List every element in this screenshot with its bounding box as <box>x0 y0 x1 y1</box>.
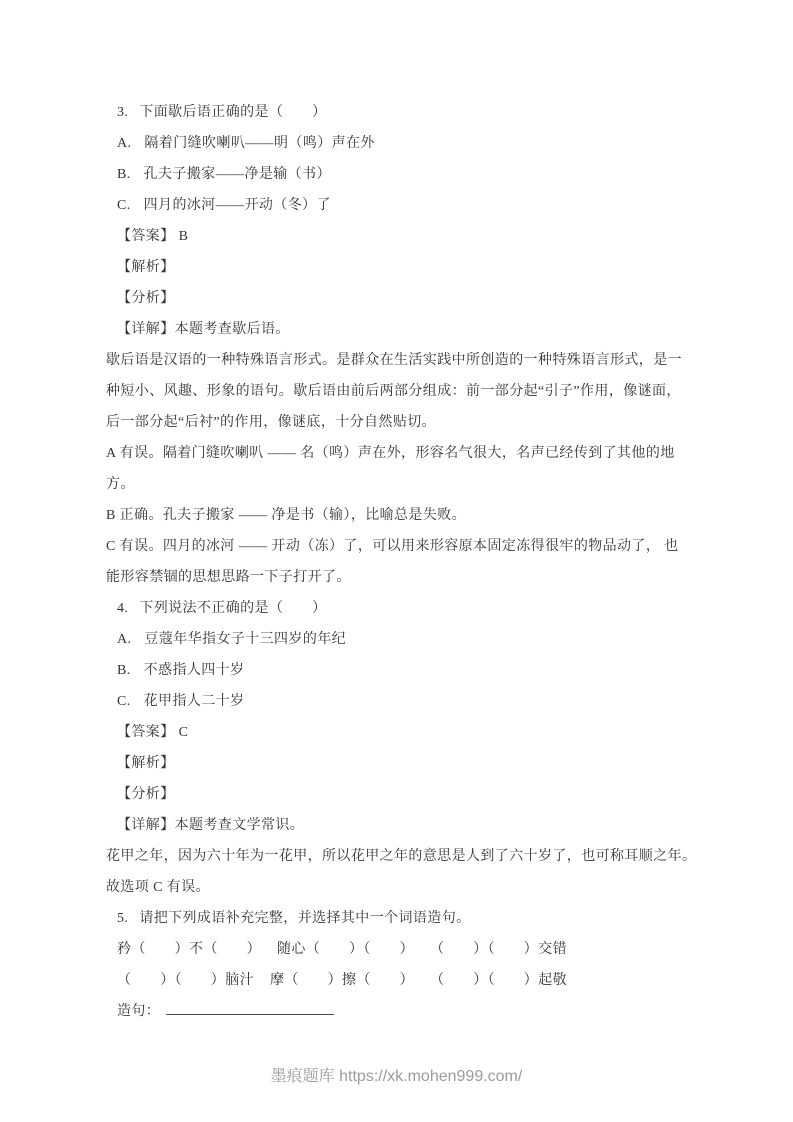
analysis-line: 花甲之年，因为六十年为一花甲，所以花甲之年的意思是人到了六十岁了，也可称耳顺之年… <box>106 841 696 872</box>
question-5: 5.请把下列成语补充完整，并选择其中一个词语造句。 矜（ ）不（ ） 随心（ ）… <box>106 903 696 1027</box>
idiom-blank-group: （ ）（ ）起敬 <box>430 965 567 996</box>
question-3-stem: 3.下面歇后语正确的是（ ） <box>106 97 696 128</box>
idiom-fill-row: 矜（ ）不（ ） 随心（ ）（ ） （ ）（ ）交错 <box>106 934 696 965</box>
fenxi-label: 【分析】 <box>117 291 175 306</box>
question-3: 3.下面歇后语正确的是（ ） A.隔着门缝吹喇叭——明（鸣）声在外 B.孔夫子搬… <box>106 97 696 593</box>
analysis-line: 歇后语是汉语的一种特殊语言形式。是群众在生活实践中所创造的一种特殊语言形式，是一 <box>106 345 696 376</box>
question-3-option-a: A.隔着门缝吹喇叭——明（鸣）声在外 <box>106 128 696 159</box>
option-a-label: A. <box>117 136 131 151</box>
question-3-number: 3. <box>117 105 128 120</box>
question-5-number: 5. <box>117 911 128 926</box>
question-4-option-a: A.豆蔻年华指女子十三四岁的年纪 <box>106 624 696 655</box>
analysis-line: 后一部分起“后衬”的作用，像谜底，十分自然贴切。 <box>106 407 696 438</box>
jiexi-label: 【解析】 <box>117 260 175 275</box>
exam-content: 3.下面歇后语正确的是（ ） A.隔着门缝吹喇叭——明（鸣）声在外 B.孔夫子搬… <box>106 97 696 1027</box>
idiom-blank-group: （ ）（ ）交错 <box>430 934 567 965</box>
analysis-line: 方。 <box>106 469 696 500</box>
analysis-line: A 有误。隔着门缝吹喇叭 —— 名（鸣）声在外，形容名气很大，名声已经传到了其他… <box>106 438 696 469</box>
idiom-blank-group: 矜（ ）不（ ） <box>117 934 261 965</box>
analysis-line: C 有误。四月的冰河 —— 开动（冻）了，可以用来形容原本固定冻得很牢的物品动了… <box>106 531 696 562</box>
option-a-text: 豆蔻年华指女子十三四岁的年纪 <box>144 632 346 647</box>
analysis-line: 故选项 C 有误。 <box>106 872 696 903</box>
footer-site-name: 墨痕题库 <box>271 1068 335 1085</box>
idiom-blank-group: 随心（ ）（ ） <box>277 934 414 965</box>
option-c-label: C. <box>117 694 131 709</box>
answer-label: 【答案】 <box>117 229 175 244</box>
analysis-line: B 正确。孔夫子搬家 —— 净是书（输），比喻总是失败。 <box>106 500 696 531</box>
option-c-text: 花甲指人二十岁 <box>144 694 245 709</box>
xiangjie-text: 本题考查歇后语。 <box>175 322 290 337</box>
question-5-stem-text: 请把下列成语补充完整，并选择其中一个词语造句。 <box>139 911 470 926</box>
question-3-xiangjie-heading: 【详解】本题考查歇后语。 <box>106 314 696 345</box>
option-b-text: 孔夫子搬家——净是输（书） <box>144 167 331 182</box>
xiangjie-label: 【详解】 <box>117 818 175 833</box>
question-4-number: 4. <box>117 601 128 616</box>
sentence-blank-line <box>166 997 334 1015</box>
question-4-option-c: C.花甲指人二十岁 <box>106 686 696 717</box>
question-4: 4.下列说法不正确的是（ ） A.豆蔻年华指女子十三四岁的年纪 B.不惑指人四十… <box>106 593 696 903</box>
question-3-fenxi-heading: 【分析】 <box>106 283 696 314</box>
sentence-making-row: 造句： <box>106 996 696 1027</box>
question-4-stem: 4.下列说法不正确的是（ ） <box>106 593 696 624</box>
question-3-answer: 【答案】B <box>106 221 696 252</box>
idiom-blank-group: （ ）（ ）脑汁 <box>117 965 254 996</box>
analysis-line: 能形容禁锢的思想思路一下子打开了。 <box>106 562 696 593</box>
option-b-label: B. <box>117 663 131 678</box>
idiom-fill-row: （ ）（ ）脑汁 摩（ ）擦（ ） （ ）（ ）起敬 <box>106 965 696 996</box>
question-3-jiexi-heading: 【解析】 <box>106 252 696 283</box>
sentence-making-label: 造句： <box>117 1004 160 1019</box>
option-a-label: A. <box>117 632 131 647</box>
idiom-blank-group: 摩（ ）擦（ ） <box>270 965 414 996</box>
option-c-label: C. <box>117 198 131 213</box>
answer-value: C <box>179 725 189 740</box>
question-3-option-b: B.孔夫子搬家——净是输（书） <box>106 159 696 190</box>
option-c-text: 四月的冰河——开动（冬）了 <box>144 198 331 213</box>
xiangjie-label: 【详解】 <box>117 322 175 337</box>
analysis-line: 种短小、风趣、形象的语句。歇后语由前后两部分组成：前一部分起“引子”作用，像谜面… <box>106 376 696 407</box>
jiexi-label: 【解析】 <box>117 756 175 771</box>
fenxi-label: 【分析】 <box>117 787 175 802</box>
site-footer: 墨痕题库 https://xk.mohen999.com/ <box>0 1062 793 1092</box>
answer-label: 【答案】 <box>117 725 175 740</box>
option-a-text: 隔着门缝吹喇叭——明（鸣）声在外 <box>144 136 374 151</box>
option-b-label: B. <box>117 167 131 182</box>
question-4-option-b: B.不惑指人四十岁 <box>106 655 696 686</box>
question-4-jiexi-heading: 【解析】 <box>106 748 696 779</box>
answer-value: B <box>179 229 189 244</box>
xiangjie-text: 本题考查文学常识。 <box>175 818 305 833</box>
option-b-text: 不惑指人四十岁 <box>144 663 245 678</box>
question-3-stem-text: 下面歇后语正确的是（ ） <box>139 105 326 120</box>
question-4-answer: 【答案】C <box>106 717 696 748</box>
question-4-fenxi-heading: 【分析】 <box>106 779 696 810</box>
footer-url: https://xk.mohen999.com/ <box>339 1068 522 1085</box>
question-4-stem-text: 下列说法不正确的是（ ） <box>139 601 326 616</box>
question-3-option-c: C.四月的冰河——开动（冬）了 <box>106 190 696 221</box>
question-5-stem: 5.请把下列成语补充完整，并选择其中一个词语造句。 <box>106 903 696 934</box>
question-4-xiangjie-heading: 【详解】本题考查文学常识。 <box>106 810 696 841</box>
